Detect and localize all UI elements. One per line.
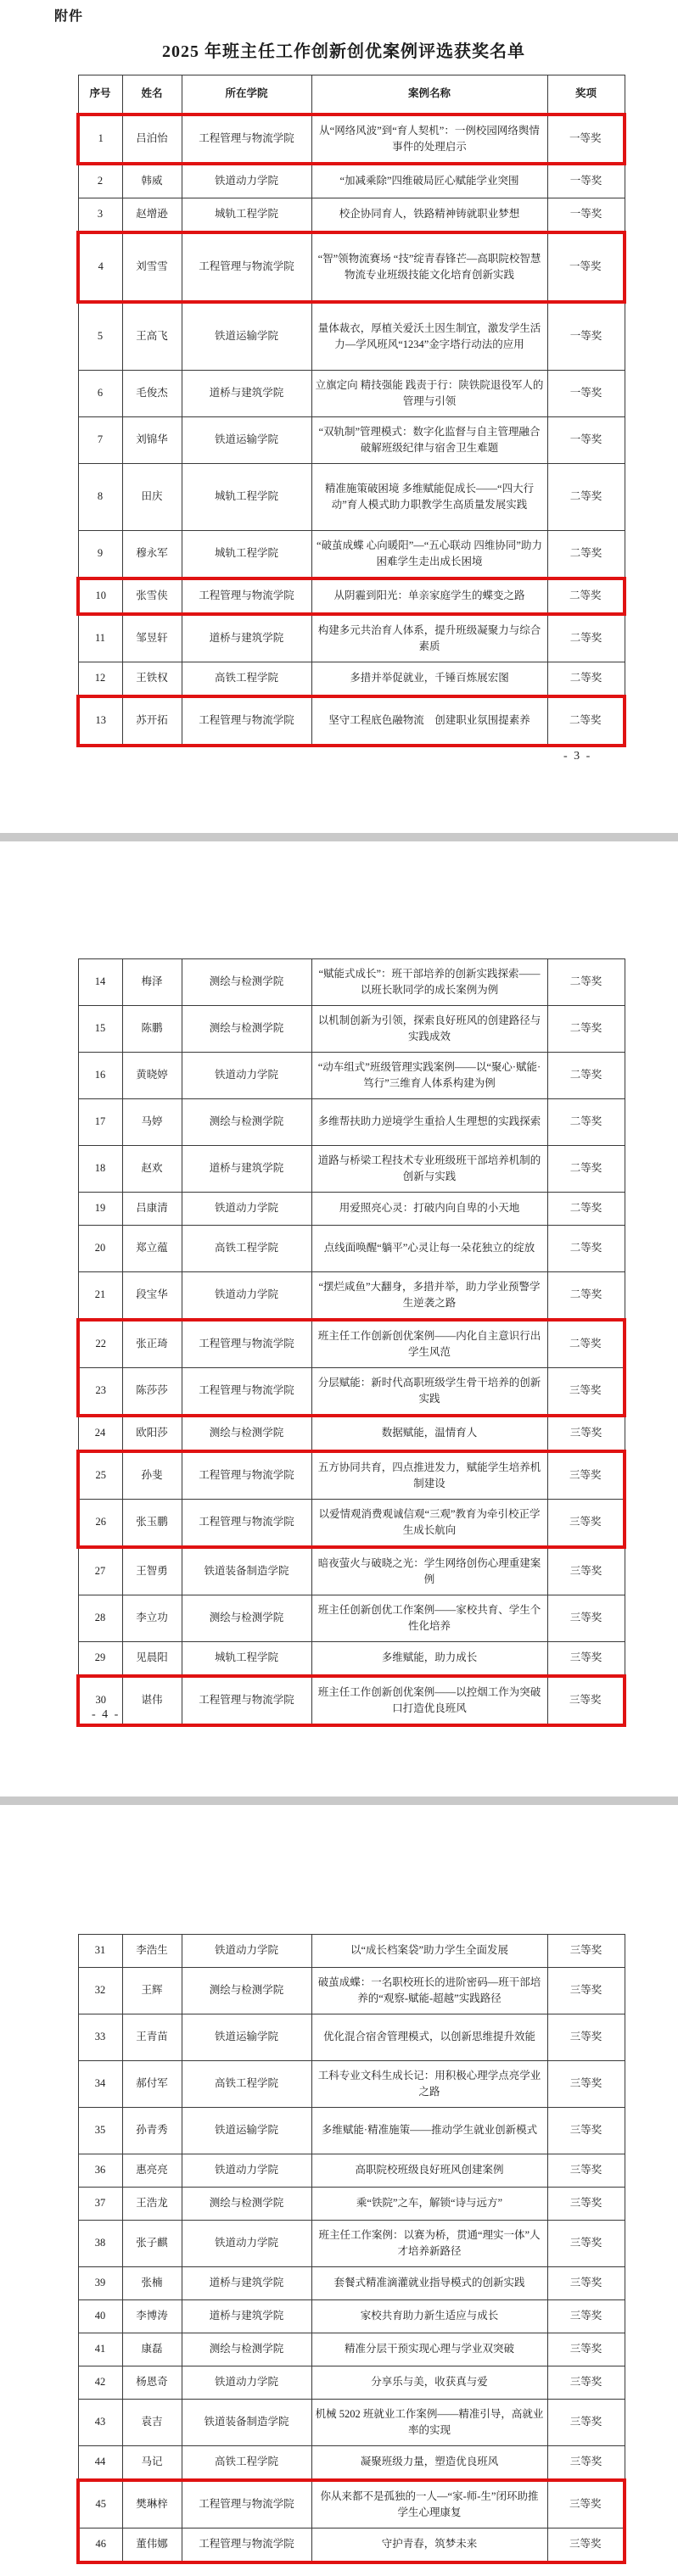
cell-award: 三等奖 <box>547 1642 625 1677</box>
cell-no: 31 <box>78 1935 122 1968</box>
cell-name: 毛俊杰 <box>122 371 182 417</box>
document-page-3: 附件 2025 年班主任工作创新创优案例评选获奖名单 序号姓名所在学院案例名称奖… <box>0 0 678 833</box>
cell-award: 三等奖 <box>547 2061 625 2108</box>
cell-college: 铁道动力学院 <box>182 2221 311 2267</box>
cell-title: “动车组式”班级管理实践案例——以“聚心·赋能·笃行”三维育人体系构建为例 <box>311 1053 547 1099</box>
cell-college: 工程管理与物流学院 <box>182 696 311 746</box>
cell-title: 工科专业文科生成长记：用积极心理学点亮学业之路 <box>311 2061 547 2108</box>
cell-college: 工程管理与物流学院 <box>182 1500 311 1548</box>
cell-college: 测绘与检测学院 <box>182 1968 311 2014</box>
cell-award: 二等奖 <box>547 959 625 1006</box>
cell-name: 王高飞 <box>122 302 182 371</box>
cell-no: 38 <box>78 2221 122 2267</box>
cell-name: 赵欢 <box>122 1146 182 1193</box>
table-row: 37王浩龙测绘与检测学院乘“铁院”之车，解锁“诗与远方”三等奖 <box>78 2188 625 2221</box>
cell-college: 测绘与检测学院 <box>182 1006 311 1053</box>
table-row: 19吕康清铁道动力学院用爱照亮心灵：打破内向自卑的小天地二等奖 <box>78 1193 625 1226</box>
cell-award: 三等奖 <box>547 1547 625 1595</box>
cell-college: 铁道运输学院 <box>182 302 311 371</box>
cell-award: 三等奖 <box>547 1595 625 1642</box>
table-row-highlighted: 45樊琳梓工程管理与物流学院你从来都不是孤独的一人—“家-师-生”闭环助推学生心… <box>78 2480 625 2529</box>
cell-name: 黄晓婷 <box>122 1053 182 1099</box>
cell-title: 坚守工程底色融物流 创建职业氛围提素养 <box>311 696 547 746</box>
cell-award: 二等奖 <box>547 1146 625 1193</box>
cell-no: 23 <box>78 1368 122 1417</box>
cell-name: 王浩龙 <box>122 2188 182 2221</box>
table-row: 16黄晓婷铁道动力学院“动车组式”班级管理实践案例——以“聚心·赋能·笃行”三维… <box>78 1053 625 1099</box>
cell-name: 董伟娜 <box>122 2529 182 2563</box>
cell-no: 37 <box>78 2188 122 2221</box>
table-row-highlighted: 22张正琦工程管理与物流学院班主任工作创新创优案例——内化自主意识行出学生风范二… <box>78 1320 625 1368</box>
cell-award: 三等奖 <box>547 2221 625 2267</box>
cell-title: 道路与桥梁工程技术专业班级班干部培养机制的创新与实践 <box>311 1146 547 1193</box>
cell-college: 铁道动力学院 <box>182 164 311 198</box>
cell-no: 13 <box>78 696 122 746</box>
award-table-page4: 14梅泽测绘与检测学院“赋能式成长”：班干部培养的创新实践探索——以班长耿同学的… <box>76 958 626 1727</box>
column-header: 序号 <box>78 75 122 115</box>
cell-no: 43 <box>78 2400 122 2446</box>
cell-title: 破茧成蝶：一名职校班长的进阶密码—班干部培养的“观察-赋能-超越”实践路径 <box>311 1968 547 2014</box>
cell-no: 44 <box>78 2446 122 2481</box>
cell-name: 袁吉 <box>122 2400 182 2446</box>
cell-name: 刘锦华 <box>122 417 182 464</box>
table-row-highlighted: 25孙斐工程管理与物流学院五方协同共育，四点推进发力，赋能学生培养机制建设三等奖 <box>78 1451 625 1500</box>
page-title: 2025 年班主任工作创新创优案例评选获奖名单 <box>51 37 636 62</box>
cell-award: 三等奖 <box>547 2188 625 2221</box>
cell-no: 11 <box>78 614 122 662</box>
cell-award: 二等奖 <box>547 1099 625 1146</box>
cell-college: 道桥与建筑学院 <box>182 2267 311 2300</box>
cell-title: “智”领物流赛场 “技”绽青春锋芒—高职院校智慧物流专业班级技能文化培育创新实践 <box>311 232 547 302</box>
cell-no: 7 <box>78 417 122 464</box>
table-row: 5王高飞铁道运输学院量体裁衣，厚植关爱沃土因生制宜，激发学生活力—学风班风“12… <box>78 302 625 371</box>
cell-no: 36 <box>78 2154 122 2188</box>
table-row: 17马婷测绘与检测学院多维帮扶助力逆境学生重拾人生理想的实践探索二等奖 <box>78 1099 625 1146</box>
cell-award: 三等奖 <box>547 2108 625 2154</box>
table-row: 6毛俊杰道桥与建筑学院立旗定向 精技强能 践责于行：陕铁院退役军人的管理与引领一… <box>78 371 625 417</box>
cell-award: 三等奖 <box>547 1416 625 1451</box>
table-row: 43袁吉铁道装备制造学院机械 5202 班就业工作案例——精准引导，高就业率的实… <box>78 2400 625 2446</box>
cell-title: 套餐式精准滴灌就业指导模式的创新实践 <box>311 2267 547 2300</box>
cell-award: 一等奖 <box>547 164 625 198</box>
cell-title: 以爱情观消费观诚信观“三观”教育为牵引校正学生成长航向 <box>311 1500 547 1548</box>
cell-college: 城轨工程学院 <box>182 464 311 531</box>
cell-college: 工程管理与物流学院 <box>182 1676 311 1725</box>
cell-title: 分享乐与美，收获真与爱 <box>311 2366 547 2400</box>
cell-title: 多维赋能，助力成长 <box>311 1642 547 1677</box>
table-row-highlighted: 13苏开拓工程管理与物流学院坚守工程底色融物流 创建职业氛围提素养二等奖 <box>78 696 625 746</box>
cell-college: 铁道装备制造学院 <box>182 2400 311 2446</box>
cell-no: 20 <box>78 1226 122 1272</box>
cell-title: 分层赋能：新时代高职班级学生骨干培养的创新实践 <box>311 1368 547 1417</box>
cell-name: 李博涛 <box>122 2300 182 2333</box>
cell-name: 见晨阳 <box>122 1642 182 1677</box>
cell-college: 高铁工程学院 <box>182 2446 311 2481</box>
table-row-highlighted: 10张雪侠工程管理与物流学院从阴霾到阳光：单亲家庭学生的蝶变之路二等奖 <box>78 578 625 614</box>
cell-no: 17 <box>78 1099 122 1146</box>
award-table-page3: 序号姓名所在学院案例名称奖项1吕泊怡工程管理与物流学院从“网络风波”到“育人契机… <box>76 75 626 747</box>
page-separator <box>0 1796 678 1805</box>
cell-college: 工程管理与物流学院 <box>182 2480 311 2529</box>
cell-college: 道桥与建筑学院 <box>182 2300 311 2333</box>
cell-college: 工程管理与物流学院 <box>182 578 311 614</box>
cell-college: 高铁工程学院 <box>182 1226 311 1272</box>
table-row-highlighted: 26张玉鹏工程管理与物流学院以爱情观消费观诚信观“三观”教育为牵引校正学生成长航… <box>78 1500 625 1548</box>
award-table-page5: 31李浩生铁道动力学院以“成长档案袋”助力学生全面发展三等奖32王辉测绘与检测学… <box>76 1934 626 2564</box>
table-row: 28李立功测绘与检测学院班主任创新创优工作案例——家校共育、学生个性化培养三等奖 <box>78 1595 625 1642</box>
cell-title: 立旗定向 精技强能 践责于行：陕铁院退役军人的管理与引领 <box>311 371 547 417</box>
cell-college: 工程管理与物流学院 <box>182 1368 311 1417</box>
page-number-4: - 4 - <box>92 1708 120 1722</box>
cell-college: 测绘与检测学院 <box>182 1099 311 1146</box>
cell-name: 康磊 <box>122 2333 182 2366</box>
page-number-3: - 3 - <box>563 750 591 763</box>
cell-name: 李浩生 <box>122 1935 182 1968</box>
cell-no: 32 <box>78 1968 122 2014</box>
cell-name: 樊琳梓 <box>122 2480 182 2529</box>
cell-name: 张玉鹏 <box>122 1500 182 1548</box>
table-row: 12王铁权高铁工程学院多措并举促就业，千锤百炼展宏图二等奖 <box>78 662 625 697</box>
cell-award: 三等奖 <box>547 2480 625 2529</box>
cell-award: 三等奖 <box>547 2400 625 2446</box>
cell-award: 三等奖 <box>547 2154 625 2188</box>
table-row: 27王智勇铁道装备制造学院暗夜萤火与破晓之光：学生网络创伤心理重建案例三等奖 <box>78 1547 625 1595</box>
column-header: 奖项 <box>547 75 625 115</box>
cell-award: 二等奖 <box>547 1193 625 1226</box>
cell-title: 精准分层干预实现心理与学业双突破 <box>311 2333 547 2366</box>
cell-name: 段宝华 <box>122 1272 182 1321</box>
cell-name: 陈莎莎 <box>122 1368 182 1417</box>
cell-name: 谌伟 <box>122 1676 182 1725</box>
cell-no: 9 <box>78 531 122 579</box>
cell-award: 二等奖 <box>547 578 625 614</box>
cell-award: 二等奖 <box>547 531 625 579</box>
cell-title: “双轨制”管理模式：数字化监督与自主管理融合破解班级纪律与宿舍卫生难题 <box>311 417 547 464</box>
cell-title: “赋能式成长”：班干部培养的创新实践探索——以班长耿同学的成长案例为例 <box>311 959 547 1006</box>
table-row: 15陈鹏测绘与检测学院以机制创新为引领，探索良好班风的创建路径与实践成效二等奖 <box>78 1006 625 1053</box>
cell-college: 道桥与建筑学院 <box>182 614 311 662</box>
cell-title: 班主任工作案例：以赛为桥，贯通“理实一体”人才培养新路径 <box>311 2221 547 2267</box>
cell-college: 测绘与检测学院 <box>182 2333 311 2366</box>
cell-no: 27 <box>78 1547 122 1595</box>
cell-no: 41 <box>78 2333 122 2366</box>
cell-no: 25 <box>78 1451 122 1500</box>
cell-title: 家校共育助力新生适应与成长 <box>311 2300 547 2333</box>
cell-no: 22 <box>78 1320 122 1368</box>
cell-name: 欧阳莎 <box>122 1416 182 1451</box>
cell-college: 铁道装备制造学院 <box>182 1547 311 1595</box>
cell-name: 王青苗 <box>122 2014 182 2061</box>
cell-no: 28 <box>78 1595 122 1642</box>
cell-title: “摆烂咸鱼”大翻身，多措并举，助力学业预警学生逆袭之路 <box>311 1272 547 1321</box>
cell-title: 乘“铁院”之车，解锁“诗与远方” <box>311 2188 547 2221</box>
cell-award: 三等奖 <box>547 2366 625 2400</box>
cell-no: 8 <box>78 464 122 531</box>
cell-title: 班主任工作创新创优案例——以控烟工作为突破口打造优良班风 <box>311 1676 547 1725</box>
cell-no: 35 <box>78 2108 122 2154</box>
cell-college: 测绘与检测学院 <box>182 2188 311 2221</box>
cell-title: 班主任工作创新创优案例——内化自主意识行出学生风范 <box>311 1320 547 1368</box>
cell-college: 铁道动力学院 <box>182 2154 311 2188</box>
cell-college: 铁道动力学院 <box>182 1935 311 1968</box>
table-row-highlighted: 23陈莎莎工程管理与物流学院分层赋能：新时代高职班级学生骨干培养的创新实践三等奖 <box>78 1368 625 1417</box>
cell-name: 张子麒 <box>122 2221 182 2267</box>
cell-award: 二等奖 <box>547 662 625 697</box>
table-row: 31李浩生铁道动力学院以“成长档案袋”助力学生全面发展三等奖 <box>78 1935 625 1968</box>
cell-title: 以“成长档案袋”助力学生全面发展 <box>311 1935 547 1968</box>
cell-college: 铁道动力学院 <box>182 1193 311 1226</box>
cell-name: 张雪侠 <box>122 578 182 614</box>
cell-award: 一等奖 <box>547 417 625 464</box>
cell-no: 42 <box>78 2366 122 2400</box>
cell-college: 测绘与检测学院 <box>182 1595 311 1642</box>
cell-college: 铁道运输学院 <box>182 2014 311 2061</box>
cell-award: 一等奖 <box>547 198 625 233</box>
cell-no: 16 <box>78 1053 122 1099</box>
cell-college: 道桥与建筑学院 <box>182 1146 311 1193</box>
table-row: 29见晨阳城轨工程学院多维赋能，助力成长三等奖 <box>78 1642 625 1677</box>
cell-name: 惠亮亮 <box>122 2154 182 2188</box>
column-header: 所在学院 <box>182 75 311 115</box>
cell-title: 从“网络风波”到“育人契机”：一例校园网络舆情事件的处理启示 <box>311 115 547 164</box>
table-row: 44马记高铁工程学院凝聚班级力量，塑造优良班风三等奖 <box>78 2446 625 2481</box>
cell-award: 三等奖 <box>547 1935 625 1968</box>
cell-college: 铁道动力学院 <box>182 1272 311 1321</box>
cell-title: 量体裁衣，厚植关爱沃土因生制宜，激发学生活力—学风班风“1234”金字塔行动法的… <box>311 302 547 371</box>
cell-name: 杨恩奇 <box>122 2366 182 2400</box>
cell-title: 凝聚班级力量，塑造优良班风 <box>311 2446 547 2481</box>
cell-award: 二等奖 <box>547 1006 625 1053</box>
cell-college: 铁道动力学院 <box>182 1053 311 1099</box>
cell-no: 1 <box>78 115 122 164</box>
cell-college: 城轨工程学院 <box>182 531 311 579</box>
cell-college: 工程管理与物流学院 <box>182 1320 311 1368</box>
cell-name: 韩威 <box>122 164 182 198</box>
cell-name: 刘雪雪 <box>122 232 182 302</box>
table-row: 8田庆城轨工程学院精准施策破困境 多维赋能促成长——“四大行动”育人模式助力职教… <box>78 464 625 531</box>
table-row: 24欧阳莎测绘与检测学院数据赋能，温情育人三等奖 <box>78 1416 625 1451</box>
cell-title: 五方协同共育，四点推进发力，赋能学生培养机制建设 <box>311 1451 547 1500</box>
table-row: 42杨恩奇铁道动力学院分享乐与美，收获真与爱三等奖 <box>78 2366 625 2400</box>
table-row-highlighted: 30谌伟工程管理与物流学院班主任工作创新创优案例——以控烟工作为突破口打造优良班… <box>78 1676 625 1725</box>
cell-no: 4 <box>78 232 122 302</box>
cell-name: 张楠 <box>122 2267 182 2300</box>
cell-no: 39 <box>78 2267 122 2300</box>
cell-no: 40 <box>78 2300 122 2333</box>
column-header: 姓名 <box>122 75 182 115</box>
cell-title: 多维赋能·精准施策——推动学生就业创新模式 <box>311 2108 547 2154</box>
cell-no: 34 <box>78 2061 122 2108</box>
cell-college: 测绘与检测学院 <box>182 1416 311 1451</box>
cell-name: 郝付军 <box>122 2061 182 2108</box>
cell-title: 从阴霾到阳光：单亲家庭学生的蝶变之路 <box>311 578 547 614</box>
cell-no: 45 <box>78 2480 122 2529</box>
table-row: 39张楠道桥与建筑学院套餐式精准滴灌就业指导模式的创新实践三等奖 <box>78 2267 625 2300</box>
cell-award: 三等奖 <box>547 2333 625 2366</box>
table-row: 3赵增逊城轨工程学院校企协同育人，铁路精神铸就职业梦想一等奖 <box>78 198 625 233</box>
cell-title: 你从来都不是孤独的一人—“家-师-生”闭环助推学生心理康复 <box>311 2480 547 2529</box>
cell-no: 15 <box>78 1006 122 1053</box>
cell-college: 高铁工程学院 <box>182 662 311 697</box>
cell-title: “破茧成蝶 心向暖阳”—“五心联动 四维协同”助力困难学生走出成长困境 <box>311 531 547 579</box>
cell-name: 郑立蕴 <box>122 1226 182 1272</box>
table-row: 9穆永军城轨工程学院“破茧成蝶 心向暖阳”—“五心联动 四维协同”助力困难学生走… <box>78 531 625 579</box>
cell-award: 二等奖 <box>547 1226 625 1272</box>
cell-college: 工程管理与物流学院 <box>182 1451 311 1500</box>
cell-no: 24 <box>78 1416 122 1451</box>
cell-name: 王铁权 <box>122 662 182 697</box>
document-page-4: 14梅泽测绘与检测学院“赋能式成长”：班干部培养的创新实践探索——以班长耿同学的… <box>0 841 678 1796</box>
cell-name: 吕泊怡 <box>122 115 182 164</box>
table-row-highlighted: 46董伟娜工程管理与物流学院守护青春，筑梦未来三等奖 <box>78 2529 625 2563</box>
cell-title: 守护青春，筑梦未来 <box>311 2529 547 2563</box>
cell-no: 6 <box>78 371 122 417</box>
table-row-highlighted: 4刘雪雪工程管理与物流学院“智”领物流赛场 “技”绽青春锋芒—高职院校智慧物流专… <box>78 232 625 302</box>
cell-no: 5 <box>78 302 122 371</box>
table-row: 32王辉测绘与检测学院破茧成蝶：一名职校班长的进阶密码—班干部培养的“观察-赋能… <box>78 1968 625 2014</box>
page-separator <box>0 833 678 841</box>
cell-no: 46 <box>78 2529 122 2563</box>
cell-no: 26 <box>78 1500 122 1548</box>
table-row: 41康磊测绘与检测学院精准分层干预实现心理与学业双突破三等奖 <box>78 2333 625 2366</box>
cell-award: 三等奖 <box>547 2529 625 2563</box>
cell-name: 穆永军 <box>122 531 182 579</box>
cell-award: 三等奖 <box>547 1451 625 1500</box>
cell-name: 马记 <box>122 2446 182 2481</box>
table-row: 11邹昱轩道桥与建筑学院构建多元共治育人体系，提升班级凝聚力与综合素质二等奖 <box>78 614 625 662</box>
cell-college: 测绘与检测学院 <box>182 959 311 1006</box>
cell-award: 三等奖 <box>547 2014 625 2061</box>
table-row: 35孙青秀铁道运输学院多维赋能·精准施策——推动学生就业创新模式三等奖 <box>78 2108 625 2154</box>
cell-title: 精准施策破困境 多维赋能促成长——“四大行动”育人模式助力职教学生高质量发展实践 <box>311 464 547 531</box>
table-header-row: 序号姓名所在学院案例名称奖项 <box>78 75 625 115</box>
cell-no: 3 <box>78 198 122 233</box>
cell-no: 19 <box>78 1193 122 1226</box>
cell-name: 王智勇 <box>122 1547 182 1595</box>
table-row: 33王青苗铁道运输学院优化混合宿舍管理模式，以创新思维提升效能三等奖 <box>78 2014 625 2061</box>
cell-award: 二等奖 <box>547 696 625 746</box>
cell-title: 优化混合宿舍管理模式，以创新思维提升效能 <box>311 2014 547 2061</box>
cell-award: 三等奖 <box>547 2300 625 2333</box>
cell-name: 孙青秀 <box>122 2108 182 2154</box>
cell-award: 二等奖 <box>547 1053 625 1099</box>
cell-no: 2 <box>78 164 122 198</box>
cell-title: 班主任创新创优工作案例——家校共育、学生个性化培养 <box>311 1595 547 1642</box>
cell-name: 赵增逊 <box>122 198 182 233</box>
cell-name: 梅泽 <box>122 959 182 1006</box>
cell-no: 33 <box>78 2014 122 2061</box>
cell-award: 三等奖 <box>547 1368 625 1417</box>
cell-award: 三等奖 <box>547 1968 625 2014</box>
cell-college: 城轨工程学院 <box>182 1642 311 1677</box>
cell-title: 多维帮扶助力逆境学生重拾人生理想的实践探索 <box>311 1099 547 1146</box>
cell-title: “加减乘除”四维破局匠心赋能学业突围 <box>311 164 547 198</box>
cell-college: 工程管理与物流学院 <box>182 115 311 164</box>
cell-no: 29 <box>78 1642 122 1677</box>
cell-award: 二等奖 <box>547 1320 625 1368</box>
cell-no: 10 <box>78 578 122 614</box>
cell-title: 构建多元共治育人体系，提升班级凝聚力与综合素质 <box>311 614 547 662</box>
cell-name: 张正琦 <box>122 1320 182 1368</box>
table-row: 34郝付军高铁工程学院工科专业文科生成长记：用积极心理学点亮学业之路三等奖 <box>78 2061 625 2108</box>
table-row: 7刘锦华铁道运输学院“双轨制”管理模式：数字化监督与自主管理融合破解班级纪律与宿… <box>78 417 625 464</box>
cell-name: 陈鹏 <box>122 1006 182 1053</box>
cell-name: 吕康清 <box>122 1193 182 1226</box>
document-viewport: 附件 2025 年班主任工作创新创优案例评选获奖名单 序号姓名所在学院案例名称奖… <box>0 0 678 2576</box>
table-row: 2韩威铁道动力学院“加减乘除”四维破局匠心赋能学业突围一等奖 <box>78 164 625 198</box>
cell-award: 二等奖 <box>547 464 625 531</box>
cell-college: 工程管理与物流学院 <box>182 232 311 302</box>
cell-title: 暗夜萤火与破晓之光：学生网络创伤心理重建案例 <box>311 1547 547 1595</box>
cell-no: 12 <box>78 662 122 697</box>
cell-award: 二等奖 <box>547 614 625 662</box>
cell-college: 城轨工程学院 <box>182 198 311 233</box>
cell-name: 李立功 <box>122 1595 182 1642</box>
table-row: 14梅泽测绘与检测学院“赋能式成长”：班干部培养的创新实践探索——以班长耿同学的… <box>78 959 625 1006</box>
table-row: 20郑立蕴高铁工程学院点线面唤醒“躺平”心灵让每一朵花独立的绽放二等奖 <box>78 1226 625 1272</box>
cell-award: 三等奖 <box>547 2267 625 2300</box>
cell-college: 铁道运输学院 <box>182 417 311 464</box>
cell-title: 机械 5202 班就业工作案例——精准引导，高就业率的实现 <box>311 2400 547 2446</box>
cell-no: 21 <box>78 1272 122 1321</box>
cell-award: 三等奖 <box>547 1676 625 1725</box>
document-page-5: 31李浩生铁道动力学院以“成长档案袋”助力学生全面发展三等奖32王辉测绘与检测学… <box>0 1805 678 2576</box>
cell-name: 王辉 <box>122 1968 182 2014</box>
cell-name: 苏开拓 <box>122 696 182 746</box>
cell-name: 田庆 <box>122 464 182 531</box>
cell-name: 邹昱轩 <box>122 614 182 662</box>
table-row: 18赵欢道桥与建筑学院道路与桥梁工程技术专业班级班干部培养机制的创新与实践二等奖 <box>78 1146 625 1193</box>
cell-award: 二等奖 <box>547 1272 625 1321</box>
cell-award: 一等奖 <box>547 115 625 164</box>
cell-title: 高职院校班级良好班风创建案例 <box>311 2154 547 2188</box>
cell-title: 点线面唤醒“躺平”心灵让每一朵花独立的绽放 <box>311 1226 547 1272</box>
cell-award: 三等奖 <box>547 1500 625 1548</box>
cell-college: 工程管理与物流学院 <box>182 2529 311 2563</box>
cell-title: 以机制创新为引领，探索良好班风的创建路径与实践成效 <box>311 1006 547 1053</box>
cell-award: 一等奖 <box>547 302 625 371</box>
cell-award: 三等奖 <box>547 2446 625 2481</box>
cell-award: 一等奖 <box>547 371 625 417</box>
cell-name: 马婷 <box>122 1099 182 1146</box>
cell-title: 数据赋能，温情育人 <box>311 1416 547 1451</box>
cell-college: 道桥与建筑学院 <box>182 371 311 417</box>
cell-college: 高铁工程学院 <box>182 2061 311 2108</box>
table-row: 36惠亮亮铁道动力学院高职院校班级良好班风创建案例三等奖 <box>78 2154 625 2188</box>
cell-award: 一等奖 <box>547 232 625 302</box>
cell-college: 铁道运输学院 <box>182 2108 311 2154</box>
attachment-label: 附件 <box>54 5 83 25</box>
cell-college: 铁道动力学院 <box>182 2366 311 2400</box>
cell-name: 孙斐 <box>122 1451 182 1500</box>
cell-no: 18 <box>78 1146 122 1193</box>
cell-title: 用爱照亮心灵：打破内向自卑的小天地 <box>311 1193 547 1226</box>
table-row-highlighted: 1吕泊怡工程管理与物流学院从“网络风波”到“育人契机”：一例校园网络舆情事件的处… <box>78 115 625 164</box>
table-row: 21段宝华铁道动力学院“摆烂咸鱼”大翻身，多措并举，助力学业预警学生逆袭之路二等… <box>78 1272 625 1321</box>
cell-title: 校企协同育人，铁路精神铸就职业梦想 <box>311 198 547 233</box>
cell-no: 14 <box>78 959 122 1006</box>
table-row: 40李博涛道桥与建筑学院家校共育助力新生适应与成长三等奖 <box>78 2300 625 2333</box>
column-header: 案例名称 <box>311 75 547 115</box>
cell-title: 多措并举促就业，千锤百炼展宏图 <box>311 662 547 697</box>
table-row: 38张子麒铁道动力学院班主任工作案例：以赛为桥，贯通“理实一体”人才培养新路径三… <box>78 2221 625 2267</box>
